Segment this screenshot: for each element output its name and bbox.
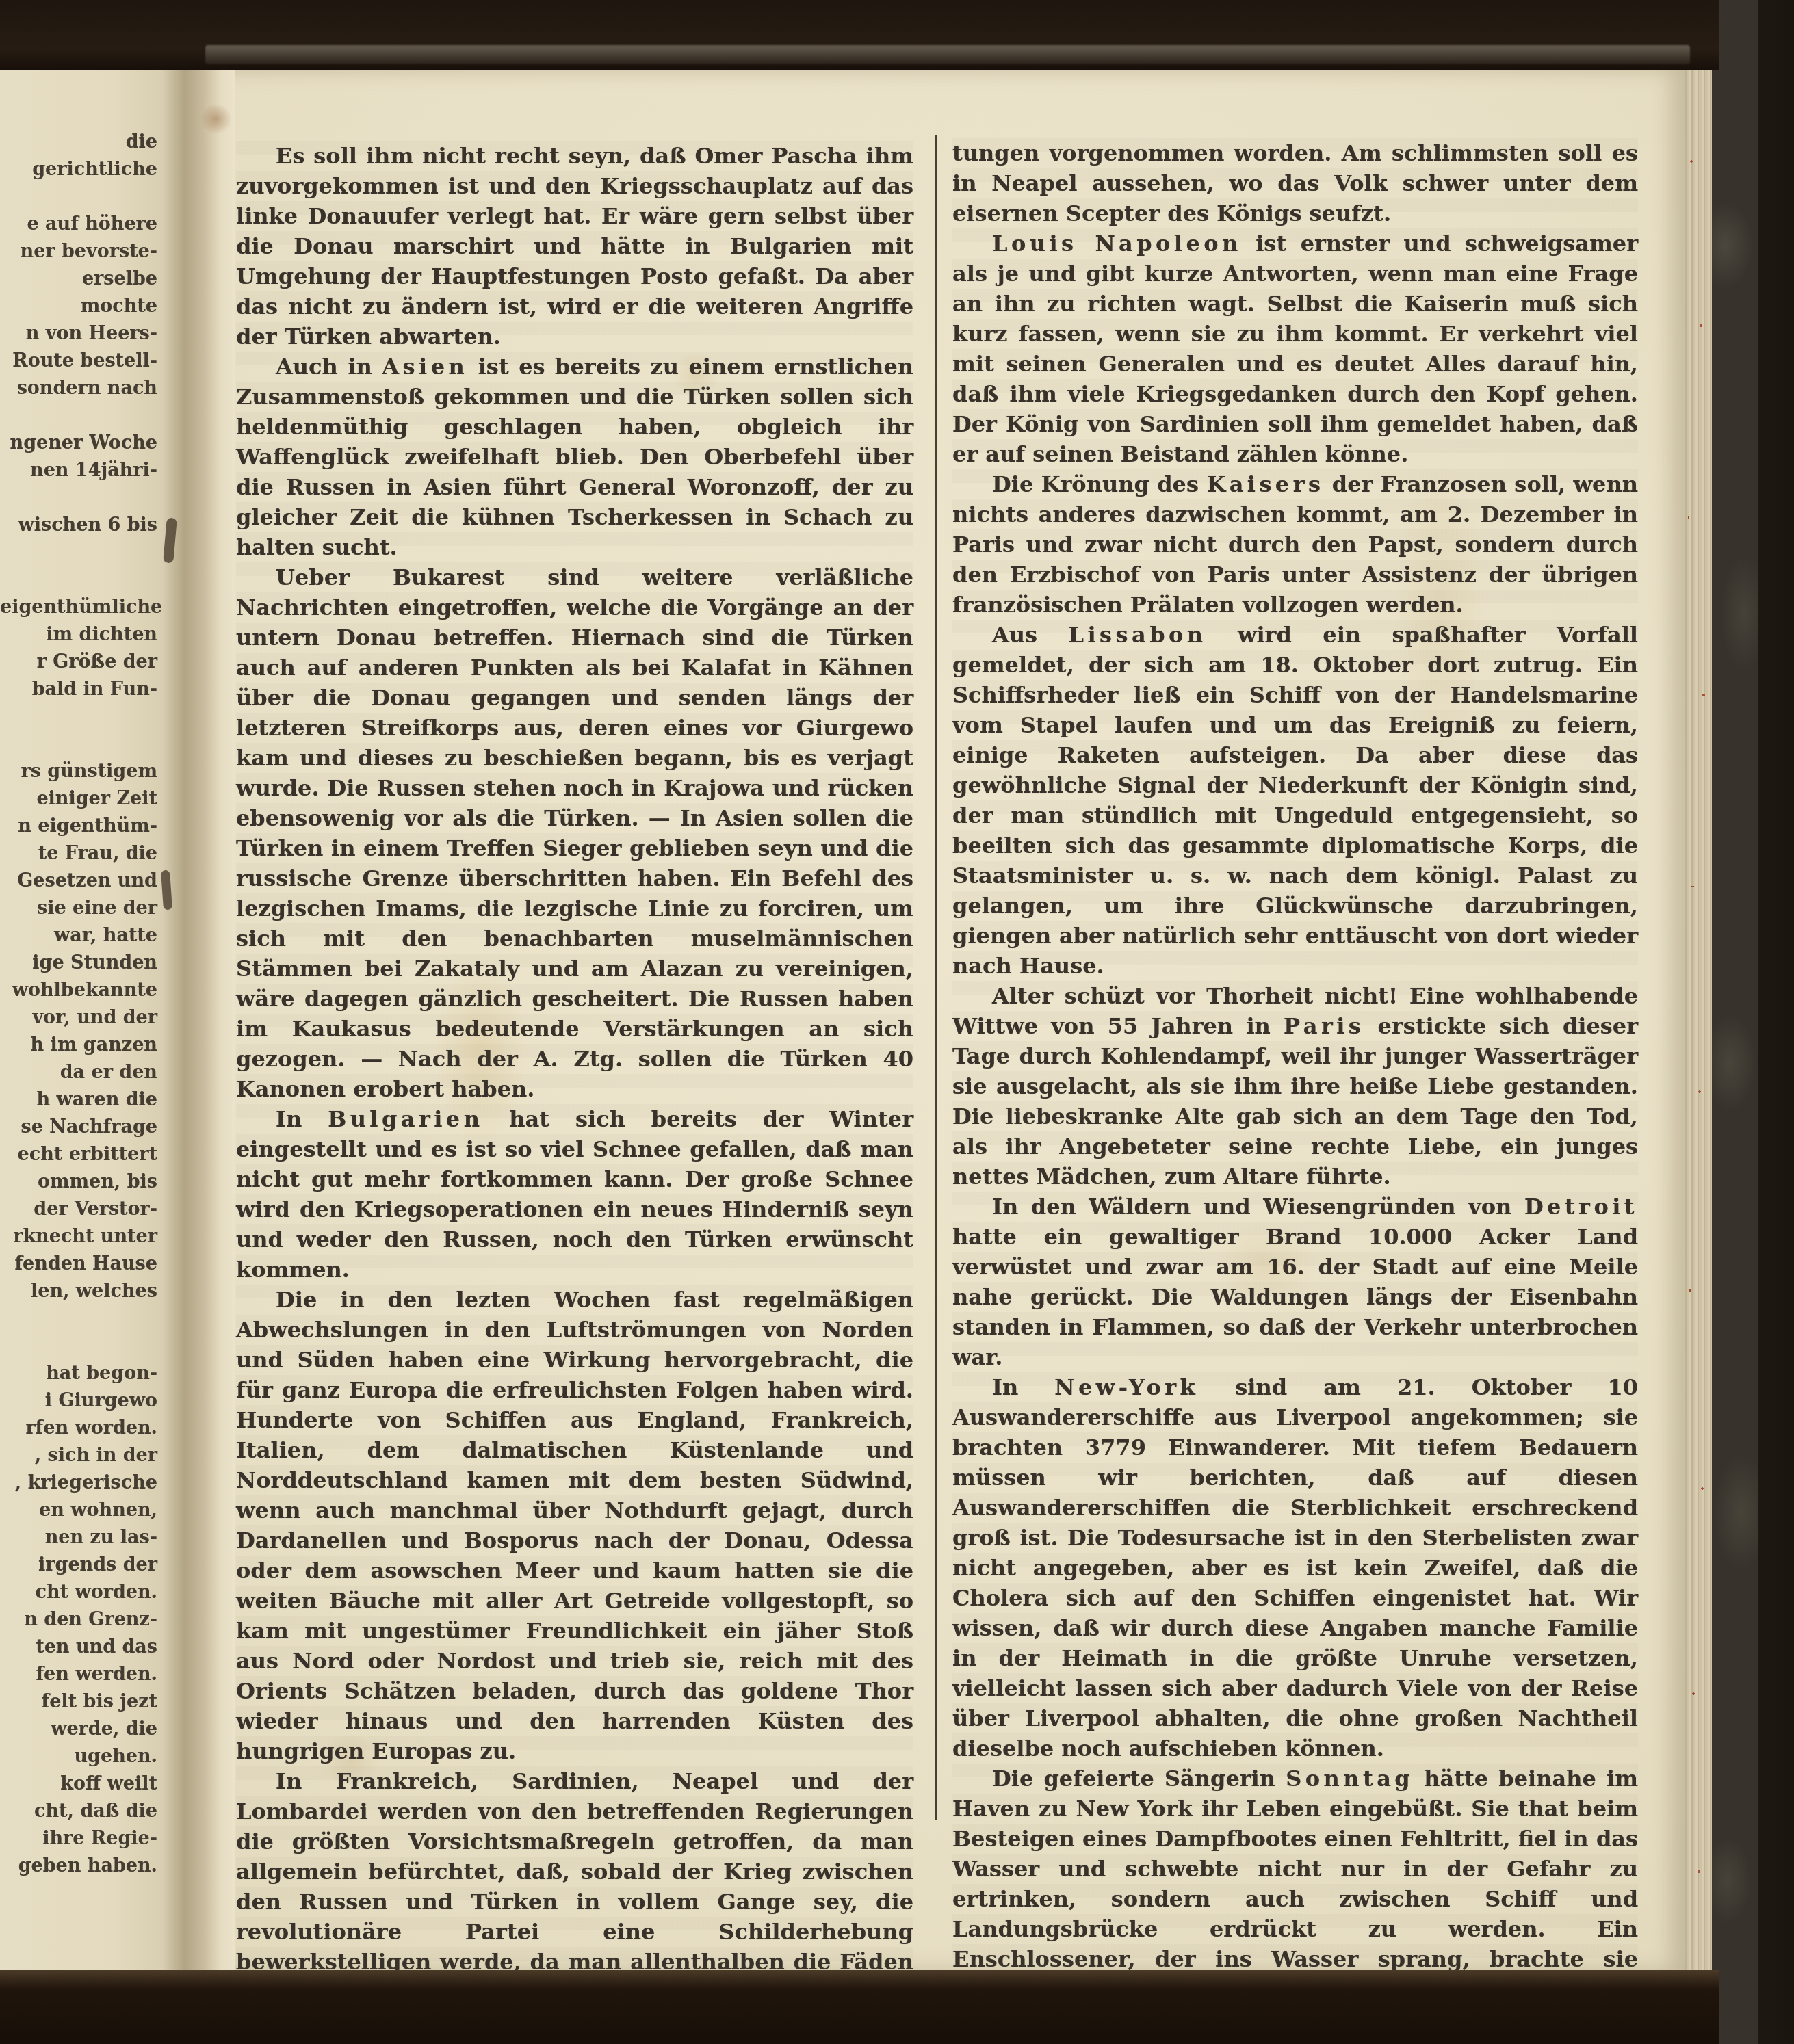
text-run: hatte ein gewaltiger Brand 10.000 Acker … bbox=[952, 1224, 1638, 1370]
book-bottom-edge-band bbox=[0, 1970, 1719, 2044]
text-run: Die gefeierte Sängerin bbox=[992, 1766, 1286, 1792]
text-run: hätte beinahe im Haven zu New York ihr L… bbox=[952, 1766, 1638, 2002]
letter-spaced-word: Lissabon bbox=[1069, 622, 1207, 648]
text-run: Auch in bbox=[276, 354, 382, 380]
newspaper-page-paper: die gerichtliche e auf höhere ner bevors… bbox=[0, 70, 1685, 1971]
text-run: Es soll ihm nicht recht seyn, daß Omer P… bbox=[236, 143, 913, 350]
letter-spaced-word: Detroit bbox=[1524, 1194, 1638, 1220]
text-run: erstickte sich dieser Tage durch Kohlend… bbox=[952, 1013, 1638, 1190]
text-run: hat sich bereits der Winter eingestellt … bbox=[236, 1106, 913, 1283]
book-cover bbox=[1711, 0, 1758, 2044]
right-text-column: tungen vorgenommen worden. Am schlimmste… bbox=[952, 138, 1638, 2004]
text-run: Aus bbox=[992, 622, 1069, 648]
text-run: Ueber Bukarest sind weitere verläßliche … bbox=[236, 564, 913, 1102]
letter-spaced-word: Sonntag bbox=[1286, 1766, 1414, 1792]
paragraph: Ueber Bukarest sind weitere verläßliche … bbox=[236, 562, 913, 1104]
text-run: sind am 21. Oktober 10 Auswandererschiff… bbox=[952, 1374, 1638, 1761]
letter-spaced-word: Bulgarien bbox=[328, 1106, 483, 1132]
text-run: tungen vorgenommen worden. Am schlimmste… bbox=[952, 140, 1638, 226]
text-run: ist ernster und schweigsamer als je und … bbox=[952, 231, 1638, 467]
paragraph: tungen vorgenommen worden. Am schlimmste… bbox=[952, 138, 1638, 228]
paragraph: In Bulgarien hat sich bereits der Winter… bbox=[236, 1104, 913, 1285]
top-page-edge-highlight bbox=[205, 45, 1690, 64]
book-top-edge-band bbox=[0, 0, 1719, 70]
page-gutter-shadow bbox=[163, 70, 235, 1971]
column-divider-rule bbox=[935, 135, 937, 1820]
text-run: Die in den lezten Wochen fast regelmäßig… bbox=[236, 1287, 913, 1764]
text-run: Die Krönung des bbox=[992, 471, 1206, 497]
book-spread: die gerichtliche e auf höhere ner bevors… bbox=[0, 0, 1794, 2044]
paragraph: Auch in Asien ist es bereits zu einem er… bbox=[236, 352, 913, 562]
paragraph: Louis Napoleon ist ernster und schweigsa… bbox=[952, 228, 1638, 469]
letter-spaced-word: Kaisers bbox=[1206, 471, 1324, 497]
text-run: ist es bereits zu einem ernstlichen Zusa… bbox=[236, 354, 913, 560]
page-edges bbox=[1683, 38, 1712, 2006]
previous-page-column: die gerichtliche e auf höhere ner bevors… bbox=[0, 70, 163, 1971]
text-run: wird ein spaßhafter Vorfall gemeldet, de… bbox=[952, 622, 1638, 979]
paragraph: Aus Lissabon wird ein spaßhafter Vorfall… bbox=[952, 620, 1638, 981]
text-run: In bbox=[276, 1106, 328, 1132]
left-text-column: Es soll ihm nicht recht seyn, daß Omer P… bbox=[236, 141, 913, 2037]
letter-spaced-word: Paris bbox=[1284, 1013, 1364, 1039]
paragraph: Es soll ihm nicht recht seyn, daß Omer P… bbox=[236, 141, 913, 352]
text-run: In den Wäldern und Wiesengründen von bbox=[992, 1194, 1524, 1220]
text-run: In bbox=[992, 1374, 1054, 1400]
paragraph: Alter schüzt vor Thorheit nicht! Eine wo… bbox=[952, 981, 1638, 1192]
paragraph: Die Krönung des Kaisers der Franzosen so… bbox=[952, 469, 1638, 620]
letter-spaced-word: Asien bbox=[382, 354, 468, 380]
letter-spaced-word: Louis Napoleon bbox=[992, 231, 1242, 257]
paragraph: Die gefeierte Sängerin Sonntag hätte bei… bbox=[952, 1764, 1638, 2004]
paragraph: In New-York sind am 21. Oktober 10 Auswa… bbox=[952, 1372, 1638, 1764]
letter-spaced-word: New-York bbox=[1054, 1374, 1199, 1400]
previous-page-text: die gerichtliche e auf höhere ner bevors… bbox=[0, 129, 161, 1880]
paragraph: In den Wäldern und Wiesengründen von Det… bbox=[952, 1192, 1638, 1372]
paragraph: Die in den lezten Wochen fast regelmäßig… bbox=[236, 1285, 913, 1766]
